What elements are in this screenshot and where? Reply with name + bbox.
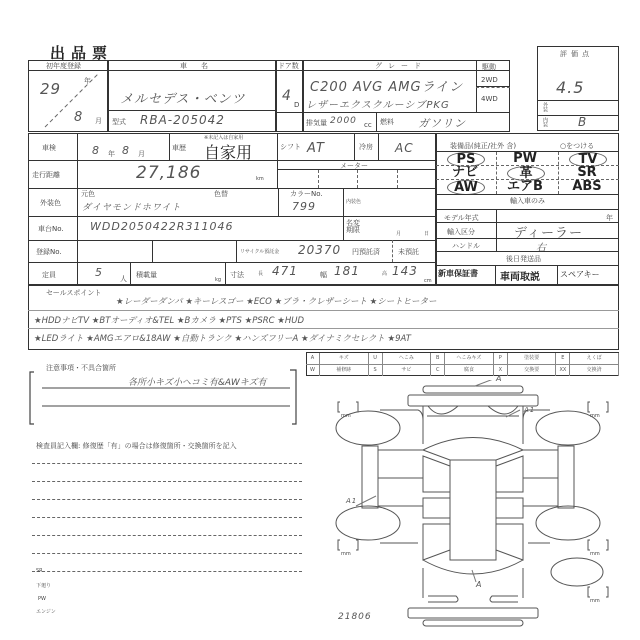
mm-label-1: mm [341, 413, 351, 419]
exterior-label: 外装 [542, 102, 549, 112]
inspection-month-unit: 月 [138, 149, 145, 159]
legend-text: へこみ [383, 353, 432, 364]
capacity-value: 5 [95, 266, 103, 279]
mm-label-4: mm [590, 551, 600, 557]
handle-label: ハンドル [452, 241, 480, 251]
displacement-value: 2000 [330, 116, 357, 126]
recycle-label-text: リサイクル預託金 [240, 248, 279, 255]
color-change-label: 色替 [214, 189, 228, 199]
usage-label: 車歴 [172, 143, 186, 153]
length-value: 471 [272, 264, 298, 278]
interior-label: 内装 [542, 117, 549, 127]
color-label: 外装色 [40, 198, 61, 208]
legend-code: B [431, 353, 445, 364]
later-item-warranty: 新車保証書 [438, 268, 478, 279]
mileage-unit: km [256, 176, 264, 182]
later-shipping-label: 後日発送品 [506, 254, 541, 264]
drive-2wd[interactable]: 2WD [481, 76, 498, 84]
legend-code: U [369, 353, 383, 364]
color-no-label: カラーNo. [290, 189, 323, 199]
width-value: 181 [334, 264, 360, 278]
equipment-label: 装備品(純正/社外 含) [450, 141, 516, 151]
interior-score-value: B [578, 115, 587, 129]
length-label: 長 [258, 270, 263, 277]
car-name-label: 車名 [180, 61, 222, 71]
legend-code: XX [556, 365, 570, 376]
legend-code: W [306, 365, 320, 376]
drive-4wd[interactable]: 4WD [481, 95, 498, 103]
legend-text: へこみキズ [445, 353, 494, 364]
dimension-unit: cm [424, 278, 432, 284]
deposited-label: 円預託済 [352, 247, 380, 257]
grade-label: グレード [375, 61, 427, 71]
legend-text: 交換済 [570, 365, 619, 376]
mm-label-3: mm [341, 551, 351, 557]
aircon-label: 冷房 [359, 142, 373, 152]
usage-value: 自家用 [204, 140, 252, 163]
equipment-instruction: ○をつける [560, 141, 594, 151]
name-change-label: 名変期限 [346, 220, 360, 234]
model-code-label: 型式 [112, 117, 126, 127]
damage-mark-front: A [496, 374, 502, 383]
doors-label: ドア数 [278, 61, 299, 71]
grade-line2: レザーエクスクルーシブPKG [306, 96, 450, 111]
chassis-label: 車台No. [38, 224, 64, 234]
sales-line-2: ★HDDナビTV ★BTオーディオ&TEL ★Bカメラ ★PTS ★PSRC ★… [34, 314, 304, 326]
fuel-value: ガソリン [418, 115, 466, 131]
equipment-option-2[interactable]: PW [500, 152, 550, 165]
legend-text: えくぼ [570, 353, 619, 364]
car-name-value: メルセデス・ベンツ [120, 88, 245, 107]
mm-label-5: mm [590, 598, 600, 604]
bottom-label-sr: SR [36, 568, 43, 574]
shift-label: シフト [280, 142, 301, 152]
grade-line1: C200 AVG AMGライン [310, 76, 463, 95]
mileage-value: 27,186 [136, 163, 201, 183]
import-only-label: 輸入車のみ [510, 196, 545, 206]
chassis-value: WDD2050422R311046 [90, 220, 233, 233]
fuel-label: 燃料 [380, 117, 394, 127]
notes-value: 各所小キズ小ヘコミ有&AWキズ有 [128, 375, 267, 388]
legend-code: E [556, 353, 570, 364]
strike-diagonal [40, 72, 100, 132]
legend-text: キズ [320, 353, 369, 364]
mm-label-2: mm [590, 413, 600, 419]
doors-unit: D [294, 101, 299, 109]
displacement-unit: cc [364, 121, 372, 129]
score-label: 評価点 [560, 49, 593, 59]
recycle-value: 20370 [298, 243, 341, 257]
lot-number: 21806 [338, 612, 372, 622]
width-label: 幅 [320, 270, 327, 280]
legend-code: P [494, 353, 508, 364]
legend-code: C [431, 365, 445, 376]
registration-label: 登録No. [36, 247, 62, 257]
height-label: 高 [382, 270, 387, 277]
name-change-day: 日 [424, 230, 429, 237]
legend-code: S [369, 365, 383, 376]
equipment-option-8[interactable]: エアB [500, 180, 550, 193]
load-unit: kg [215, 277, 221, 283]
original-color-label: 元色 [81, 189, 95, 199]
name-change-month: 月 [396, 230, 401, 237]
sales-points-label: セールスポイント [46, 288, 101, 298]
legend-code: A [306, 353, 320, 364]
equipment-option-4[interactable]: ナビ [440, 166, 490, 179]
inspection-year: 8 [92, 144, 100, 157]
bottom-label-underbody: 下廻り [36, 582, 51, 589]
legend-text: 塗装要 [508, 353, 557, 364]
capacity-unit: 人 [120, 274, 127, 284]
interior-color-label: 内装色 [346, 198, 361, 205]
load-label: 積載量 [136, 270, 157, 280]
legend-text: サビ [383, 365, 432, 376]
damage-mark-rear: A [476, 580, 482, 589]
inspection-month: 8 [122, 144, 130, 157]
damage-mark-front-right: A1 [524, 406, 535, 414]
bottom-label-pw: PW [38, 596, 46, 602]
shift-value: AT [307, 141, 325, 156]
not-deposited-label: 未預託 [398, 247, 419, 257]
first-registration-label: 初年度登録 [46, 61, 81, 71]
doors-value: 4 [282, 88, 292, 104]
bottom-label-engine: エンジン [36, 608, 56, 615]
equipment-option-9[interactable]: ABS [562, 180, 612, 193]
sales-line-3: ★LEDライト ★AMGエアロ&18AW ★自動トランク ★ハンズフリーA ★ダ… [34, 332, 411, 344]
mileage-label: 走行距離 [32, 170, 60, 180]
drive-label: 駆動 [482, 62, 496, 72]
inspection-label: 車検 [42, 143, 56, 153]
equipment-option-7[interactable]: AW [447, 180, 485, 195]
score-value: 4.5 [556, 78, 584, 97]
legend-text: 交換要 [508, 365, 557, 376]
later-item-spare-key: スペアキー [560, 269, 600, 280]
color-no-value: 799 [292, 200, 316, 213]
later-item-manual: 車両取説 [500, 268, 540, 283]
legend-text: 補修跡 [320, 365, 369, 376]
displacement-label: 排気量 [306, 118, 327, 128]
color-value: ダイヤモンドホワイト [82, 200, 182, 213]
damage-mark-left: A1 [346, 497, 357, 505]
model-code-value: RBA-205042 [140, 113, 225, 127]
capacity-label: 定員 [42, 270, 56, 280]
import-type-label: 輸入区分 [447, 227, 475, 237]
height-value: 143 [392, 264, 418, 278]
inspection-year-unit: 年 [108, 149, 115, 159]
equipment-option-6[interactable]: SR [562, 166, 612, 179]
inspector-label: 検査員記入欄: 修復歴「有」の場合は修復箇所・交換箇所を記入 [36, 441, 237, 451]
sales-line-1: ★レーダーダンパ ★キーレスゴー ★ECO ★ブラ・クレザーシート ★シートヒー… [116, 295, 436, 307]
aircon-value: AC [395, 141, 414, 155]
legend-text: 腐食 [445, 365, 494, 376]
dimensions-label: 寸法 [230, 270, 244, 280]
